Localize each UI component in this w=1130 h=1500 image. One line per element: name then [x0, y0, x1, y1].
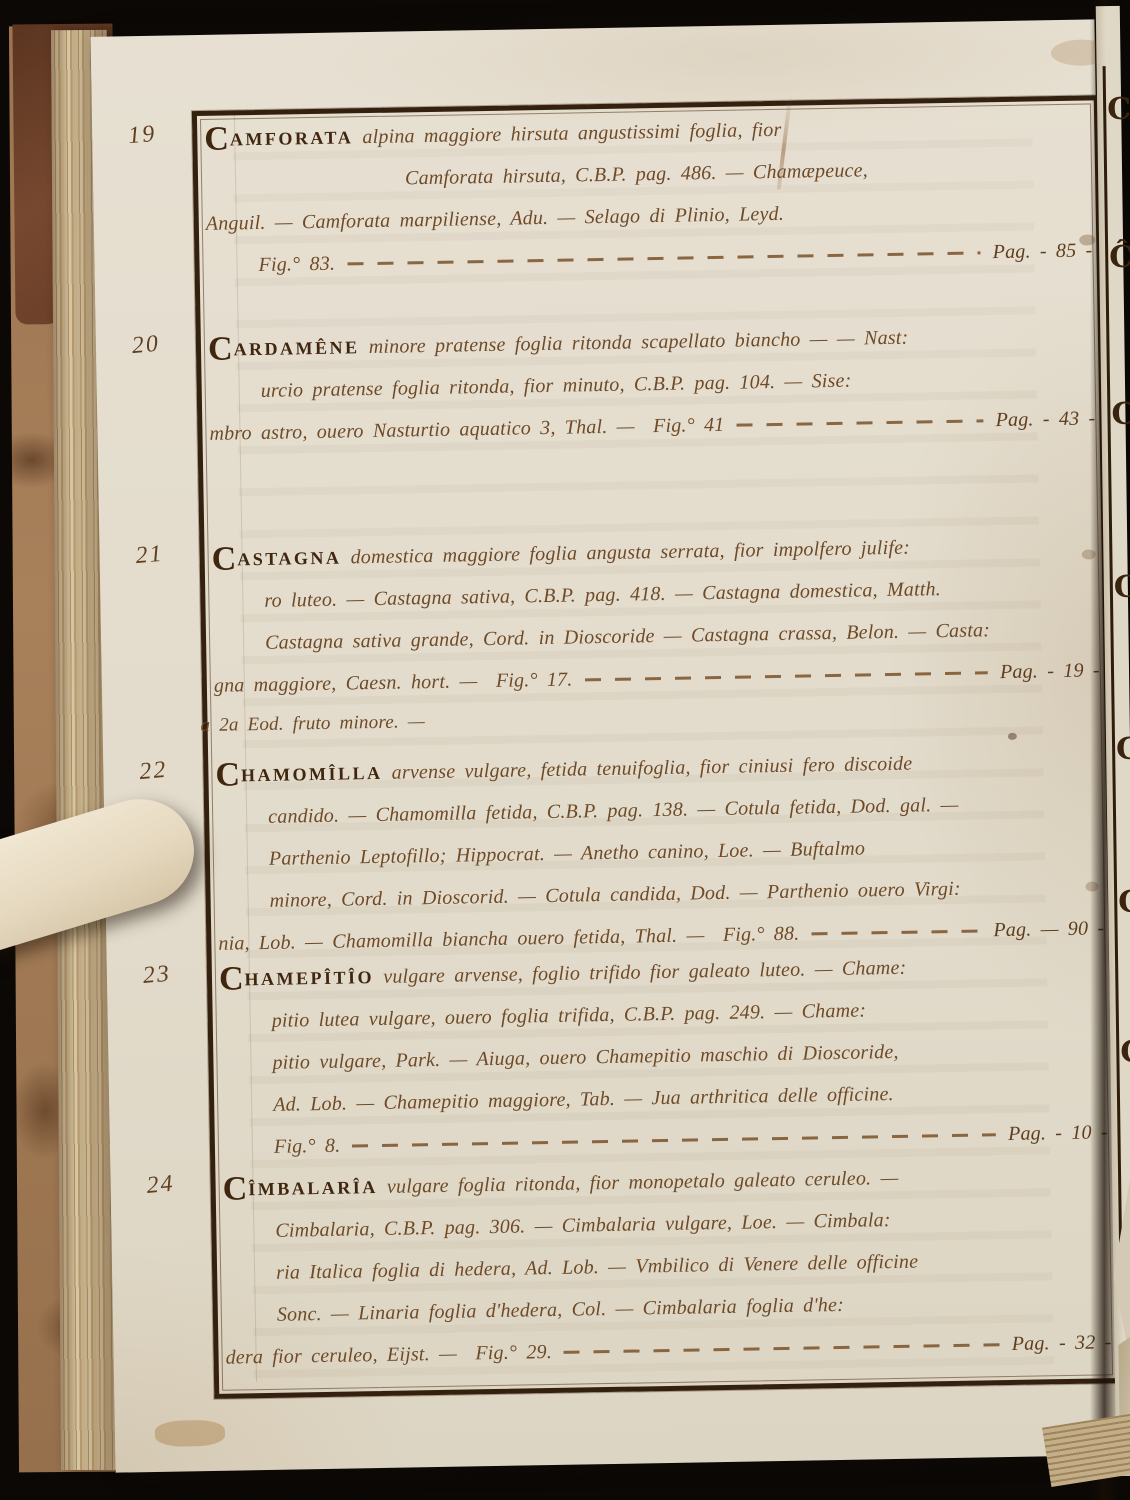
facing-initial: C.: [1111, 397, 1130, 432]
entry-headword: CHAMEPÎTÎO: [219, 966, 374, 991]
index-entry: 20 CARDAMÊNE minore pratense foglia rito…: [208, 313, 1096, 454]
headword-rest: HAMOMÎLLA: [241, 763, 383, 785]
entry-number: 23: [142, 961, 172, 990]
first-line-text: alpina maggiore hirsuta angustissimi fog…: [362, 119, 781, 148]
entry-number: 19: [127, 121, 157, 150]
entry-headword: CHAMOMÎLLA: [215, 762, 382, 787]
dash-filler: [736, 419, 983, 426]
dash-filler: [564, 1343, 1000, 1354]
entry-number: 22: [138, 757, 168, 786]
facing-initial: C.: [1114, 570, 1130, 605]
facing-initial: C: [1120, 1035, 1130, 1070]
facing-initial: C: [1116, 732, 1130, 767]
figure-number: Fig.° 41: [634, 404, 725, 448]
headword-initial: C: [204, 120, 230, 157]
page-reference: Pag. - 43 -: [995, 397, 1095, 441]
index-entry: 19 CAMFORATA alpina maggiore hirsuta ang…: [204, 103, 1093, 286]
index-entry: 23 CHAMEPÎTÎO vulgare arvense, foglio tr…: [219, 943, 1109, 1168]
figure-number: Fig.° 8.: [274, 1125, 341, 1168]
entry-number: 21: [134, 541, 164, 570]
figure-number: Fig.° 29.: [457, 1331, 553, 1375]
page-reference: Pag. - 19 -: [1000, 649, 1100, 693]
fig-line-prefix: dera fior ceruleo, Eijst. —: [225, 1333, 457, 1379]
index-entry: 22 CHAMOMÎLLA arvense vulgare, fetida te…: [215, 739, 1105, 964]
facing-initial: C: [1107, 92, 1130, 127]
first-line-text: vulgare arvense, foglio trifido fior gal…: [383, 957, 907, 988]
headword-initial: C: [211, 540, 237, 577]
facing-initial: Ĉ: [1109, 240, 1130, 275]
entry-headword: CASTAGNA: [211, 547, 341, 571]
manuscript-page: 19 CAMFORATA alpina maggiore hirsuta ang…: [91, 19, 1120, 1472]
dash-filler: [347, 251, 981, 265]
headword-rest: AMFORATA: [230, 127, 354, 149]
headword-initial: C: [208, 330, 234, 367]
manuscript-photo: { "document": { "kind": "manuscript bota…: [0, 0, 1130, 1500]
headword-rest: HAMEPÎTÎO: [244, 967, 374, 989]
index-entries: 19 CAMFORATA alpina maggiore hirsuta ang…: [91, 19, 1095, 37]
page-reference: Pag. - 85 -: [992, 229, 1092, 273]
index-entry: 21 CASTAGNA domestica maggiore foglia an…: [211, 523, 1100, 744]
entry-number: 24: [145, 1171, 175, 1200]
headword-rest: ASTAGNA: [237, 548, 342, 570]
fig-line-prefix: mbro astro, ouero Nasturtio aquatico 3, …: [209, 405, 635, 454]
first-line-text: domestica maggiore foglia angusta serrat…: [350, 537, 910, 569]
first-line-text: minore pratense foglia ritonda scapellat…: [369, 327, 909, 358]
fig-line-prefix: gna maggiore, Caesn. hort. —: [214, 660, 478, 707]
entry-number: 20: [131, 331, 161, 360]
entry-headword: CÎMBALARÎA: [222, 1176, 377, 1201]
first-line-text: arvense vulgare, fetida tenuifoglia, fio…: [392, 753, 913, 784]
dash-filler: [352, 1133, 996, 1147]
headword-rest: ARDAMÊNE: [233, 337, 359, 359]
first-line-text: vulgare foglia ritonda, fior monopetalo …: [387, 1167, 899, 1198]
dash-filler: [584, 671, 988, 681]
dash-filler: [811, 929, 981, 935]
headword-initial: C: [215, 756, 241, 793]
index-entry: 24 CÎMBALARÎA vulgare foglia ritonda, fi…: [222, 1153, 1112, 1378]
figure-number: Fig.° 83.: [258, 243, 335, 286]
headword-rest: ÎMBALARÎA: [248, 1177, 378, 1199]
entry-headword: CAMFORATA: [204, 126, 353, 151]
entry-headword: CARDAMÊNE: [208, 336, 360, 361]
headword-initial: C: [222, 1170, 248, 1207]
figure-number: Fig.° 17.: [477, 659, 573, 703]
paper-stain: [155, 1420, 225, 1447]
headword-initial: C: [219, 960, 245, 997]
facing-initial: C.: [1118, 885, 1130, 920]
